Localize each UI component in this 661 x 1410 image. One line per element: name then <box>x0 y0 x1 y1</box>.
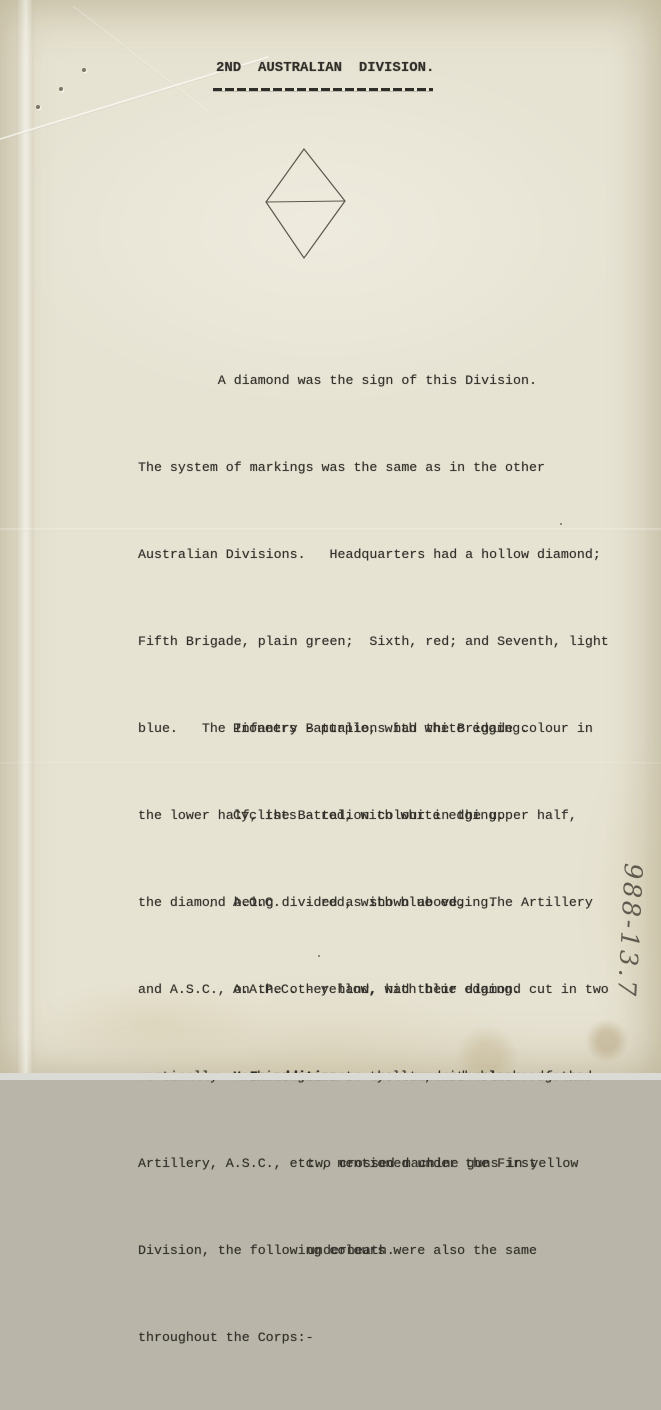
page-title: 2ND AUSTRALIAN DIVISION. <box>216 58 434 78</box>
background-strip <box>0 1073 661 1080</box>
body-line: Fifth Brigade, plain green; Sixth, red; … <box>138 627 609 656</box>
list-item: A.A.P.C. - yellow, with blue edging. <box>233 975 592 1004</box>
staple-hole <box>59 87 63 91</box>
body-line: A diamond was the sign of this Division. <box>138 366 609 395</box>
document-page: 2ND AUSTRALIAN DIVISION. A diamond was t… <box>0 0 661 1080</box>
list-item: Cyclists - red, with white edging. <box>233 801 592 830</box>
colour-list: Pioneers - purple, with white edging. Cy… <box>233 656 592 1080</box>
diamond-symbol <box>259 145 351 263</box>
title-underline <box>213 88 433 91</box>
list-item: A.O.C. - red, with blue edging. <box>233 888 592 917</box>
staple-hole <box>82 68 86 72</box>
body-line: The system of markings was the same as i… <box>138 453 609 482</box>
archive-annotation: 988-13.7 <box>612 862 648 999</box>
list-item: Pioneers - purple, with white edging. <box>233 714 592 743</box>
staple-hole <box>36 105 40 109</box>
diamond-icon <box>259 145 351 263</box>
crease-line <box>72 6 207 112</box>
body-line: Australian Divisions. Headquarters had a… <box>138 540 609 569</box>
vertical-fold-crease <box>16 0 34 1080</box>
